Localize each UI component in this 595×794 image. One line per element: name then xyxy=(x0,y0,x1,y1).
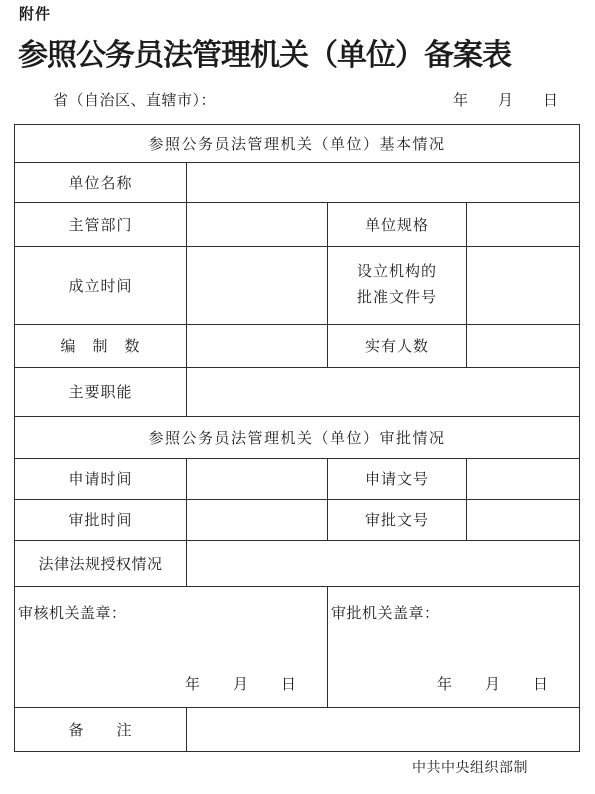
header-date-line: 年 月 日 xyxy=(453,89,558,110)
approval-stamp-date: 年 月 日 xyxy=(437,673,549,694)
actual-headcount-label: 实有人数 xyxy=(328,325,467,367)
province-label: 省（自治区、直辖市）： xyxy=(53,89,216,110)
approval-date-label: 审批时间 xyxy=(15,500,187,540)
main-functions-value-cell xyxy=(187,368,579,416)
document-page: 附件 参照公务员法管理机关（单位）备案表 省（自治区、直辖市）： 年 月 日 参… xyxy=(0,0,595,794)
remarks-value-cell xyxy=(187,708,579,752)
record-form-table: 参照公务员法管理机关（单位）基本情况 单位名称 主管部门 单位规格 成立时间 设… xyxy=(14,124,580,752)
legal-authorization-label: 法律法规授权情况 xyxy=(15,541,187,586)
approval-doc-label: 审批文号 xyxy=(328,500,467,540)
staffing-quota-row: 编 制 数 实有人数 xyxy=(15,325,579,368)
application-date-value-cell xyxy=(187,459,328,499)
supervising-dept-row: 主管部门 单位规格 xyxy=(15,203,579,247)
issuing-authority-note: 中共中央组织部制 xyxy=(412,757,528,777)
approval-doc-no-label: 设立机构的 批准文件号 xyxy=(328,247,467,324)
remarks-label: 备 注 xyxy=(15,708,187,752)
application-doc-label: 申请文号 xyxy=(328,459,467,499)
basic-info-section-row: 参照公务员法管理机关（单位）基本情况 xyxy=(15,125,579,163)
unit-spec-value-cell xyxy=(467,203,579,246)
legal-authorization-row: 法律法规授权情况 xyxy=(15,541,579,587)
unit-name-label: 单位名称 xyxy=(15,163,187,202)
established-date-row: 成立时间 设立机构的 批准文件号 xyxy=(15,247,579,325)
established-date-label: 成立时间 xyxy=(15,247,187,324)
supervising-dept-label: 主管部门 xyxy=(15,203,187,246)
approval-section-header: 参照公务员法管理机关（单位）审批情况 xyxy=(15,417,579,458)
review-stamp-cell: 审核机关盖章： 年 月 日 xyxy=(15,587,328,707)
staffing-quota-value-cell xyxy=(187,325,328,367)
staffing-quota-label: 编 制 数 xyxy=(15,325,187,367)
remarks-row: 备 注 xyxy=(15,708,579,752)
application-date-row: 申请时间 申请文号 xyxy=(15,459,579,500)
application-date-label: 申请时间 xyxy=(15,459,187,499)
attachment-note: 附件 xyxy=(19,3,51,24)
application-doc-value-cell xyxy=(467,459,579,499)
actual-headcount-value-cell xyxy=(467,325,579,367)
review-stamp-label: 审核机关盖章： xyxy=(18,602,127,623)
supervising-dept-value-cell xyxy=(187,203,328,246)
stamp-row: 审核机关盖章： 年 月 日 审批机关盖章： 年 月 日 xyxy=(15,587,579,708)
unit-name-row: 单位名称 xyxy=(15,163,579,203)
approval-section-row: 参照公务员法管理机关（单位）审批情况 xyxy=(15,417,579,459)
approval-date-value-cell xyxy=(187,500,328,540)
established-date-value-cell xyxy=(187,247,328,324)
unit-name-value-cell xyxy=(187,163,579,202)
basic-info-section-header: 参照公务员法管理机关（单位）基本情况 xyxy=(15,125,579,162)
review-stamp-date: 年 月 日 xyxy=(185,673,297,694)
approval-doc-no-value-cell xyxy=(467,247,579,324)
approval-stamp-label: 审批机关盖章： xyxy=(331,602,440,623)
approval-stamp-cell: 审批机关盖章： 年 月 日 xyxy=(328,587,579,707)
legal-authorization-value-cell xyxy=(187,541,579,586)
unit-spec-label: 单位规格 xyxy=(328,203,467,246)
approval-doc-value-cell xyxy=(467,500,579,540)
approval-date-row: 审批时间 审批文号 xyxy=(15,500,579,541)
main-functions-label: 主要职能 xyxy=(15,368,187,416)
main-functions-row: 主要职能 xyxy=(15,368,579,417)
page-title: 参照公务员法管理机关（单位）备案表 xyxy=(0,30,562,74)
